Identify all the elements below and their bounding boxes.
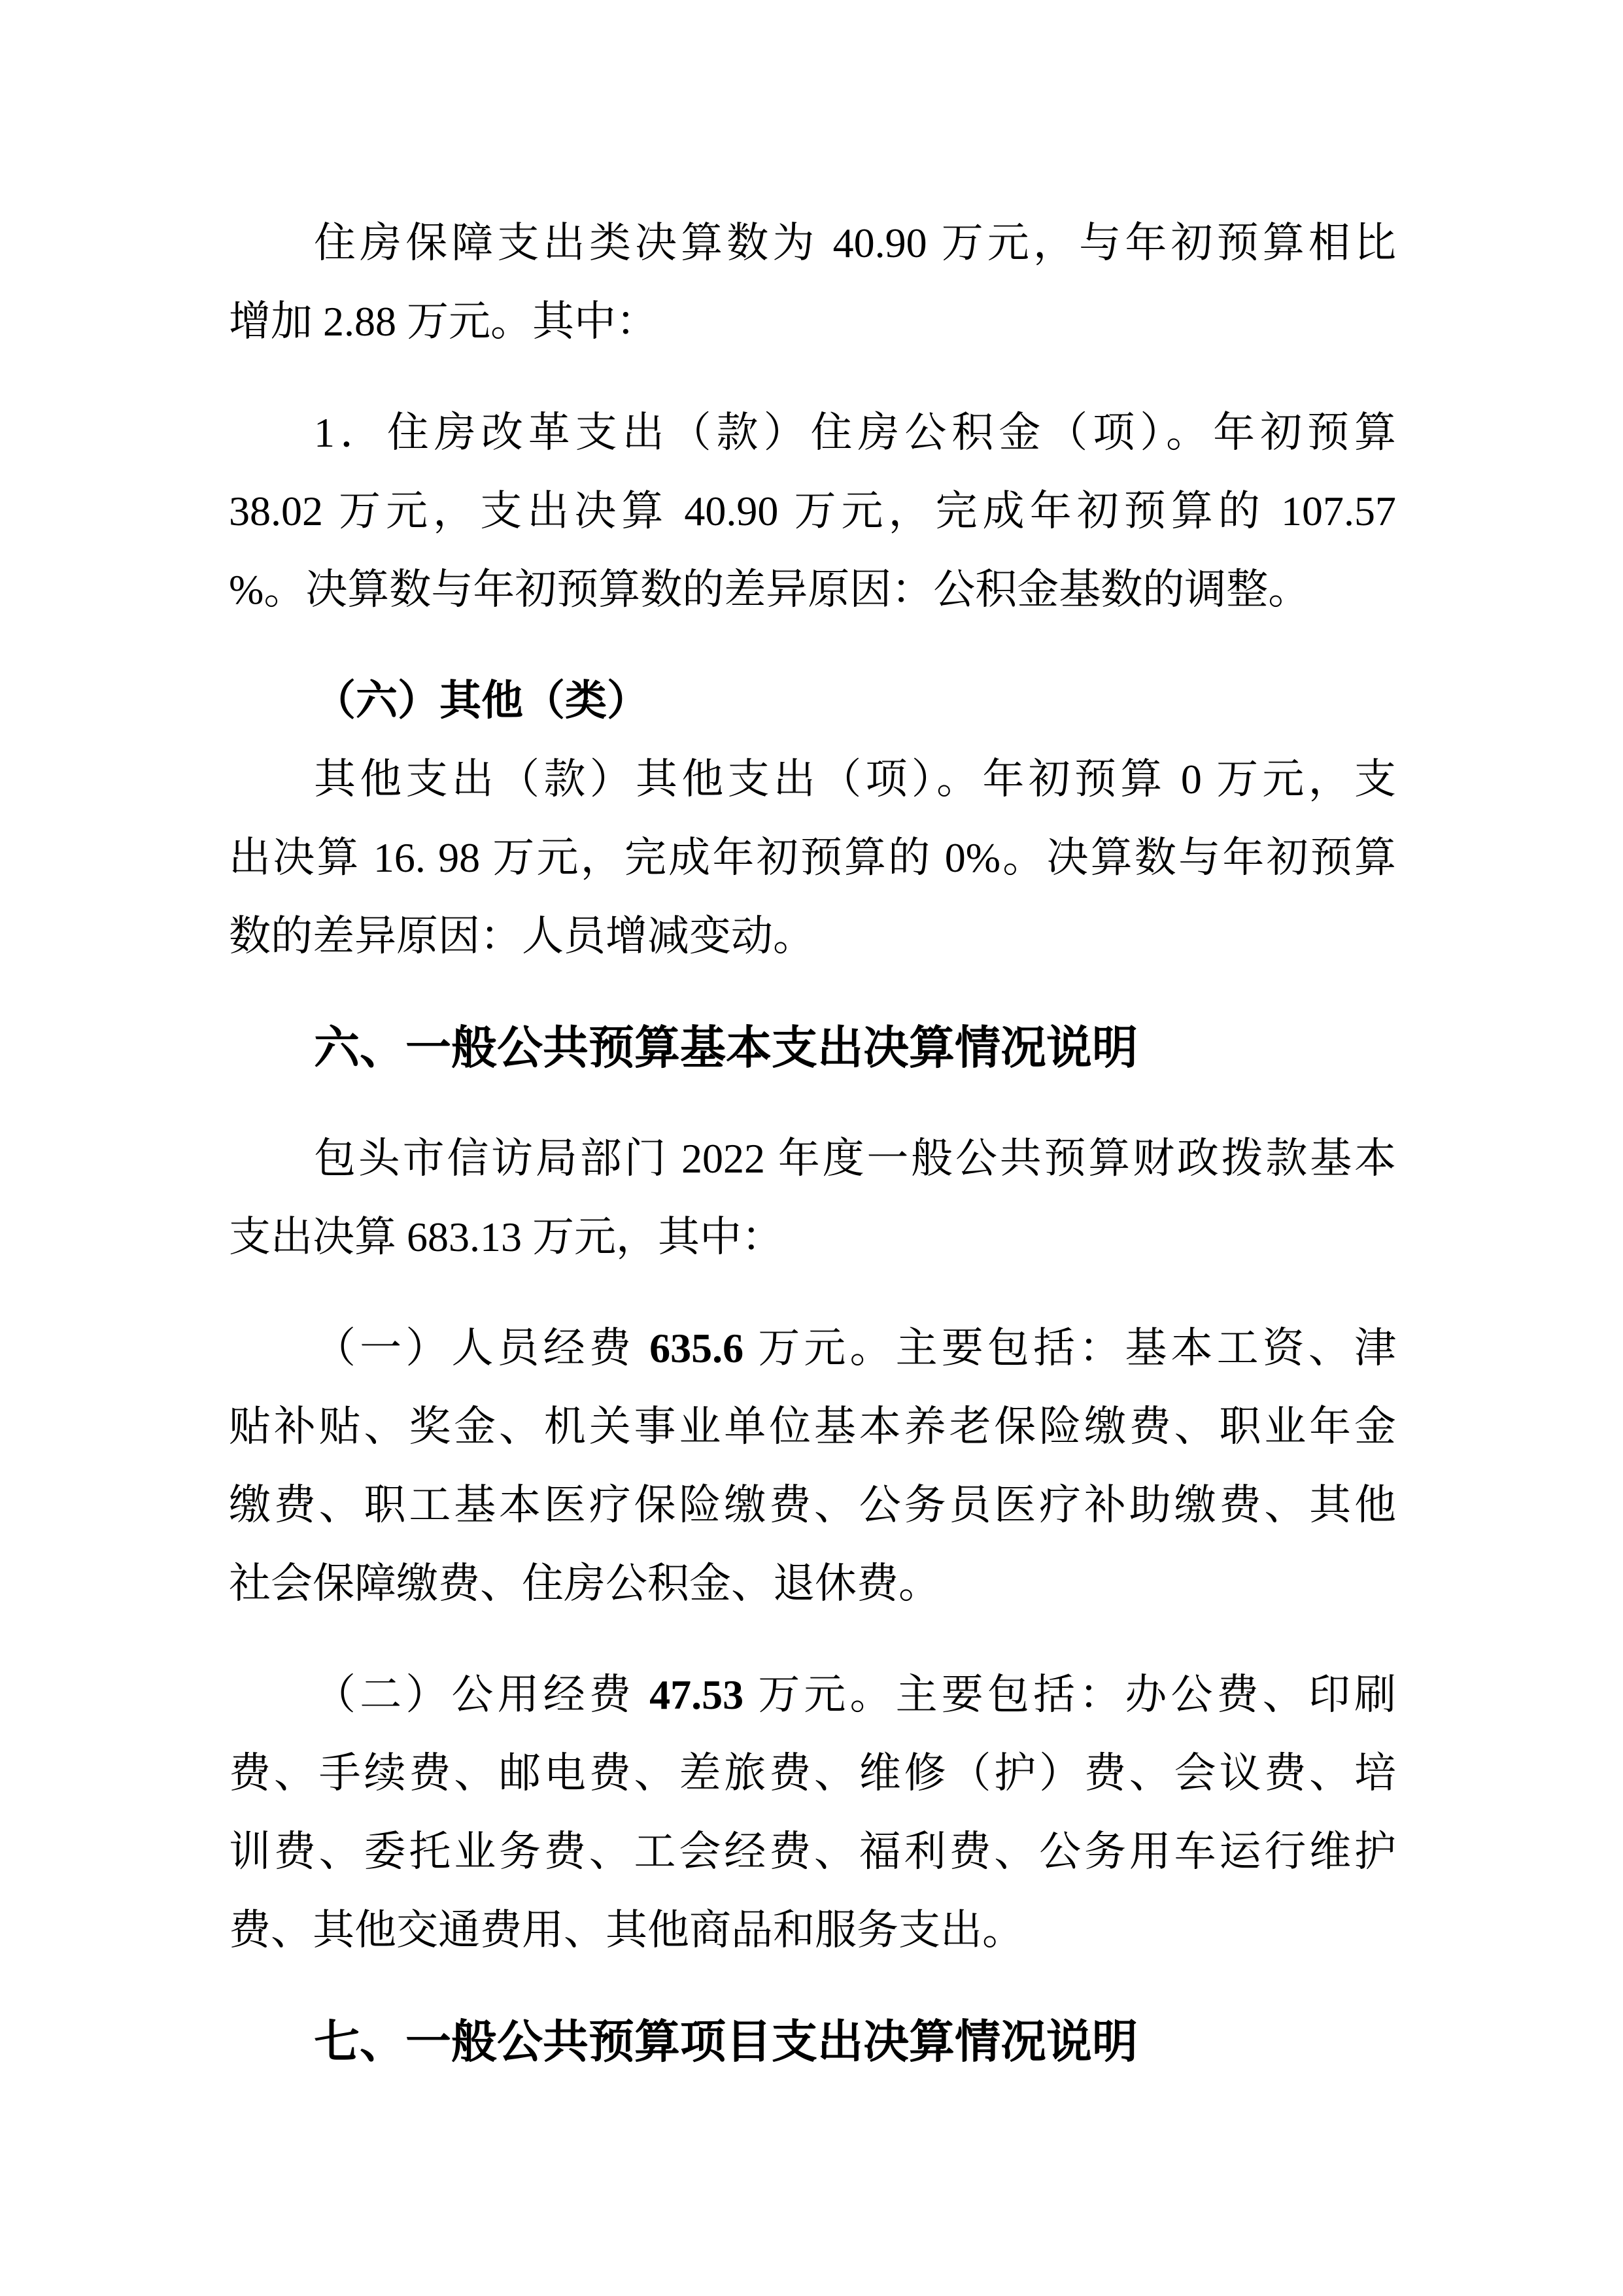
text-run: 社会保障缴费、住房公积金、退休费。 xyxy=(229,1560,940,1607)
text-run: 费、手续费、邮电费、差旅费、维修（护）费、会议费、培 xyxy=(229,1750,1396,1796)
text-line: 增加 2.88 万元。其中： xyxy=(229,283,1396,361)
bold-number-run: 七、一般公共预算项目支出决算情况说明 xyxy=(314,2016,1138,2067)
text-line: 费、其他交通费用、其他商品和服务支出。 xyxy=(229,1891,1396,1970)
text-run: 训费、委托业务费、工会经费、福利费、公务用车运行维护 xyxy=(229,1828,1396,1875)
text-line: 贴补贴、奖金、机关事业单位基本养老保险缴费、职业年金 xyxy=(229,1388,1396,1466)
paragraph-housing-reform-item: 1．住房改革支出（款）住房公积金（项）。年初预算38.02 万元，支出决算 40… xyxy=(229,394,1396,629)
text-run: 支出决算 683.13 万元，其中： xyxy=(229,1214,783,1260)
text-line: 出决算 16. 98 万元，完成年初预算的 0%。决算数与年初预算 xyxy=(229,819,1396,897)
paragraph-basic-expenditure-total: 包头市信访局部门 2022 年度一般公共预算财政拨款基本支出决算 683.13 … xyxy=(229,1120,1396,1277)
paragraph-housing-summary: 住房保障支出类决算数为 40.90 万元，与年初预算相比增加 2.88 万元。其… xyxy=(229,204,1396,361)
text-line: 住房保障支出类决算数为 40.90 万元，与年初预算相比 xyxy=(229,204,1396,283)
bold-number-run: 635.6 xyxy=(649,1325,743,1371)
paragraph-other-expenditure: 其他支出（款）其他支出（项）。年初预算 0 万元，支出决算 16. 98 万元，… xyxy=(229,740,1396,976)
text-line: 支出决算 683.13 万元，其中： xyxy=(229,1198,1396,1277)
text-line: 六、一般公共预算基本支出决算情况说明 xyxy=(229,1008,1396,1087)
heading-section-six-other-class: （六）其他（类） xyxy=(229,662,1396,740)
text-line: （二）公用经费 47.53 万元。主要包括：办公费、印刷 xyxy=(229,1656,1396,1734)
text-line: 七、一般公共预算项目支出决算情况说明 xyxy=(229,2002,1396,2081)
text-run: 贴补贴、奖金、机关事业单位基本养老保险缴费、职业年金 xyxy=(229,1403,1396,1450)
bold-number-run: （六）其他（类） xyxy=(314,677,649,724)
text-line: 包头市信访局部门 2022 年度一般公共预算财政拨款基本 xyxy=(229,1120,1396,1198)
text-run: 费、其他交通费用、其他商品和服务支出。 xyxy=(229,1907,1024,1953)
text-run: 数的差异原因：人员增减变动。 xyxy=(229,913,815,959)
text-line: %。决算数与年初预算数的差异原因：公积金基数的调整。 xyxy=(229,551,1396,629)
text-run: 出决算 16. 98 万元，完成年初预算的 0%。决算数与年初预算 xyxy=(229,834,1396,881)
text-run: 其他支出（款）其他支出（项）。年初预算 0 万元，支 xyxy=(314,756,1396,802)
text-run: （二）公用经费 xyxy=(314,1671,649,1718)
text-line: （一）人员经费 635.6 万元。主要包括：基本工资、津 xyxy=(229,1309,1396,1388)
text-line: 社会保障缴费、住房公积金、退休费。 xyxy=(229,1545,1396,1623)
text-line: 缴费、职工基本医疗保险缴费、公务员医疗补助缴费、其他 xyxy=(229,1466,1396,1545)
paragraph-personnel-funds: （一）人员经费 635.6 万元。主要包括：基本工资、津贴补贴、奖金、机关事业单… xyxy=(229,1309,1396,1623)
text-run: 38.02 万元，支出决算 40.90 万元，完成年初预算的 107.57 xyxy=(229,488,1396,534)
text-run: 缴费、职工基本医疗保险缴费、公务员医疗补助缴费、其他 xyxy=(229,1482,1396,1528)
text-line: 其他支出（款）其他支出（项）。年初预算 0 万元，支 xyxy=(229,740,1396,819)
text-line: 1．住房改革支出（款）住房公积金（项）。年初预算 xyxy=(229,394,1396,472)
paragraph-public-funds: （二）公用经费 47.53 万元。主要包括：办公费、印刷费、手续费、邮电费、差旅… xyxy=(229,1656,1396,1970)
text-line: 费、手续费、邮电费、差旅费、维修（护）费、会议费、培 xyxy=(229,1734,1396,1813)
bold-number-run: 六、一般公共预算基本支出决算情况说明 xyxy=(314,1022,1138,1073)
heading-section-seven-project-expenditure: 七、一般公共预算项目支出决算情况说明 xyxy=(229,2002,1396,2081)
bold-number-run: 47.53 xyxy=(649,1671,743,1718)
text-line: 训费、委托业务费、工会经费、福利费、公务用车运行维护 xyxy=(229,1813,1396,1891)
text-line: 38.02 万元，支出决算 40.90 万元，完成年初预算的 107.57 xyxy=(229,472,1396,551)
text-run: %。决算数与年初预算数的差异原因：公积金基数的调整。 xyxy=(229,566,1310,613)
heading-section-six-basic-expenditure: 六、一般公共预算基本支出决算情况说明 xyxy=(229,1008,1396,1087)
text-run: （一）人员经费 xyxy=(314,1325,649,1371)
text-line: 数的差异原因：人员增减变动。 xyxy=(229,897,1396,976)
document-page: 住房保障支出类决算数为 40.90 万元，与年初预算相比增加 2.88 万元。其… xyxy=(0,0,1623,2296)
text-run: 住房保障支出类决算数为 40.90 万元，与年初预算相比 xyxy=(314,220,1396,266)
text-line: （六）其他（类） xyxy=(229,662,1396,740)
text-run: 万元。主要包括：基本工资、津 xyxy=(743,1325,1396,1371)
text-run: 包头市信访局部门 2022 年度一般公共预算财政拨款基本 xyxy=(314,1135,1396,1182)
text-run: 增加 2.88 万元。其中： xyxy=(229,298,658,345)
text-run: 万元。主要包括：办公费、印刷 xyxy=(743,1671,1396,1718)
text-run: 1．住房改革支出（款）住房公积金（项）。年初预算 xyxy=(314,409,1396,456)
